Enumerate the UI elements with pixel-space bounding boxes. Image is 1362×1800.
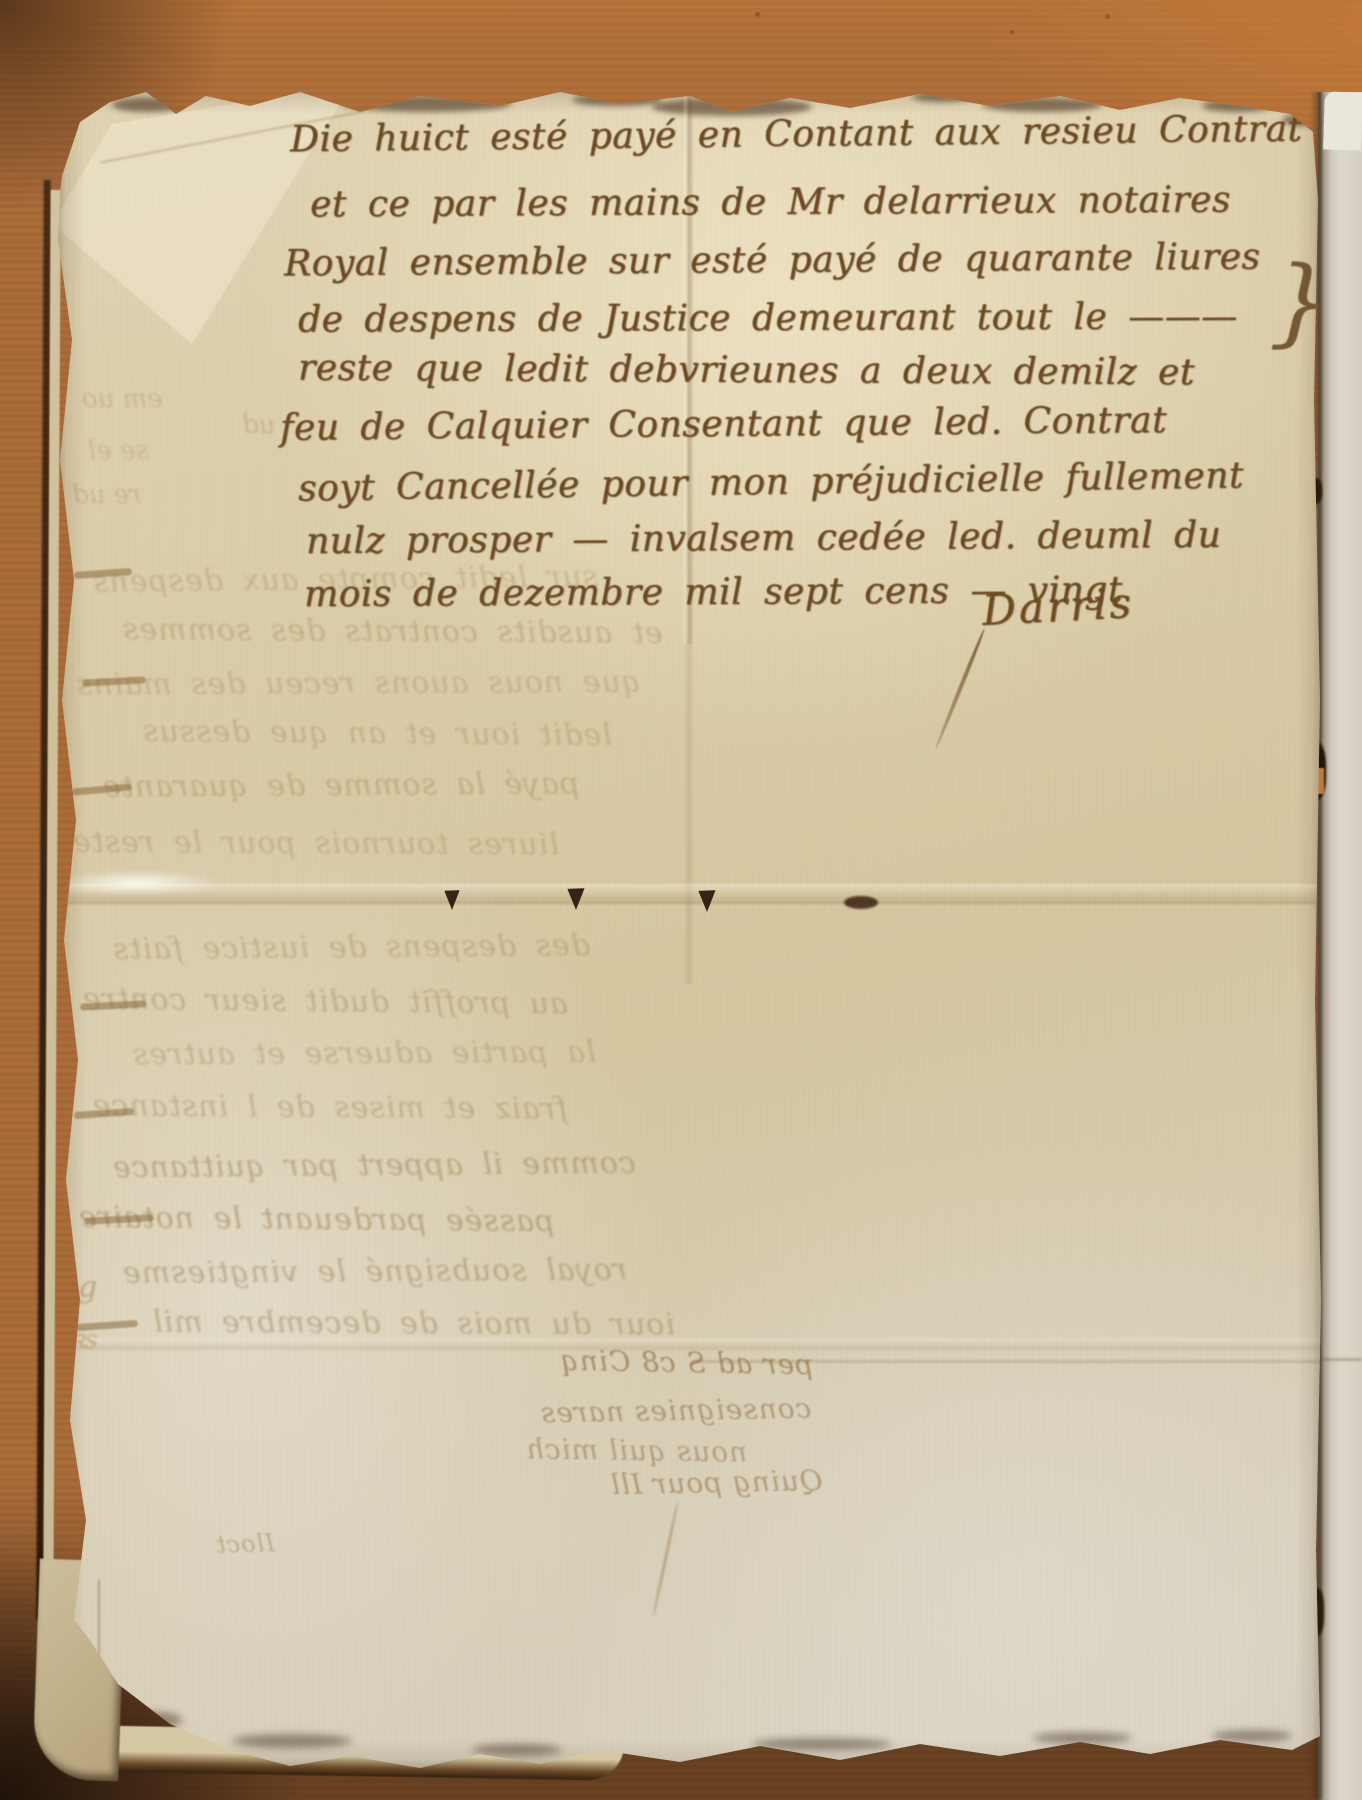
corner-scribble: g [78,1270,97,1305]
second-page-top-curl [1323,91,1362,150]
edge-stain [472,1744,562,1756]
bleedthrough-line: la partie aduerse et autres [132,1035,596,1072]
edge-stain [752,1738,892,1750]
bleedthrough-line: royal soubsigné le vingtiesme [122,1252,627,1291]
bleedthrough-mark: em uo [82,384,163,414]
handwritten-line: reste que ledit debvrieunes a deux demil… [298,348,1195,394]
signature: Darris [981,578,1135,635]
bleedthrough-mark: re ud [72,480,141,510]
bleedthrough-line: liures tournois pour le reste [72,825,559,863]
signature-flourish [934,628,986,750]
corner-scribble: ꝛs [72,1320,98,1356]
bottom-mark-line: Iloct [215,1529,276,1559]
stitch-hole [444,890,460,910]
bottom-mark-line: Quing pour Ill [610,1464,824,1501]
bleedthrough-line: que nous auons receu des mains [76,665,641,703]
bleedthrough-line: comme il appert par quittance [112,1146,636,1186]
bottom-mark-line: conseignies nares [540,1392,812,1430]
bleedthrough-line: au proffit dudit sieur contre [82,981,568,1021]
edge-stain [342,96,512,112]
bottom-mark-line: nous quil mich [525,1432,748,1468]
edge-stain [1212,1730,1292,1742]
edge-stain [112,98,182,112]
photograph-of-manuscript: em uo se el re ud ud sur ledit compte au… [0,0,1362,1800]
edge-stain [232,1734,352,1748]
bleedthrough-line: iour du mois de decembre mil [152,1305,675,1343]
edge-stain [572,94,662,106]
wood-speckle [1010,30,1014,34]
stitch-crease-line [52,901,1322,904]
handwritten-line: feu de Calquier Consentant que led. Cont… [280,400,1167,449]
bleedthrough-line: ledit iour et an que dessus [142,714,612,753]
handwritten-line: Royal ensemble sur esté payé de quarante… [284,237,1261,285]
bleedthrough-line: des despens de iustice faits [112,928,590,967]
bleedthrough-mark: ud [242,410,276,441]
wood-speckle [1105,14,1110,19]
edge-stain [1032,1732,1132,1744]
stitch-hole-smear [844,896,878,909]
bleedthrough-mark: se el [88,435,149,466]
fold-crease-vertical-faint [684,644,694,984]
second-page-crease [1318,1358,1362,1361]
bottom-descender-stroke [652,1501,679,1617]
handwritten-line: soyt Cancellée pour mon préjudicielle fu… [298,455,1244,509]
bleedthrough-line: payé la somme de quarante [102,766,579,804]
wood-speckle [755,12,760,17]
second-page [1318,92,1362,1800]
edge-stain [912,92,972,102]
handwritten-line: nulz prosper — invalsem cedée led. deuml… [306,515,1221,562]
bleedthrough-line: et ausdits contrats des sommes [122,612,663,651]
handwritten-line: et ce par les mains de Mr delarrieux not… [310,180,1231,226]
handwritten-line: de despens de Justice demeurant tout le … [298,296,1238,340]
handwritten-line: Die huict esté payé en Contant aux resie… [290,109,1303,161]
manuscript-page: em uo se el re ud ud sur ledit compte au… [52,84,1322,1774]
bleedthrough-line: fraiz et mises de l instance [92,1088,568,1126]
bottom-mark-line: per ad S c8 Cinq [560,1344,814,1381]
edge-stain [982,98,1102,112]
stitch-crease [52,884,1322,900]
crease-highlight [52,870,222,896]
